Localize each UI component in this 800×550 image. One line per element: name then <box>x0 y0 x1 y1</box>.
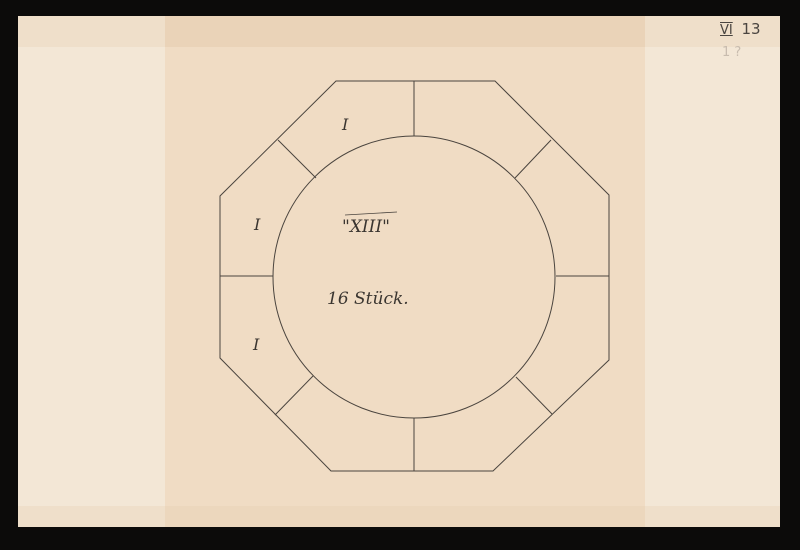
segment-mark-top: I <box>341 115 349 134</box>
spoke-top-left <box>278 140 316 178</box>
archive-reference: VI 13 <box>720 20 761 38</box>
inner-circle <box>273 136 555 418</box>
spoke-bottom-right <box>516 377 552 414</box>
segment-mark-left-lower: I <box>252 335 260 354</box>
center-note: 16 Stück. <box>327 289 409 309</box>
octagon-drawing: I I I "XIII" 16 Stück. <box>0 0 800 550</box>
segment-mark-left-upper: I <box>253 215 261 234</box>
center-label: "XIII" <box>342 217 390 237</box>
archive-roman: VI <box>720 23 733 38</box>
archive-faint-mark: 1 ? <box>722 45 741 60</box>
label-overline <box>345 212 397 215</box>
archive-number: 13 <box>742 20 761 38</box>
spoke-bottom-left <box>275 376 313 415</box>
spoke-top-right <box>515 140 551 178</box>
